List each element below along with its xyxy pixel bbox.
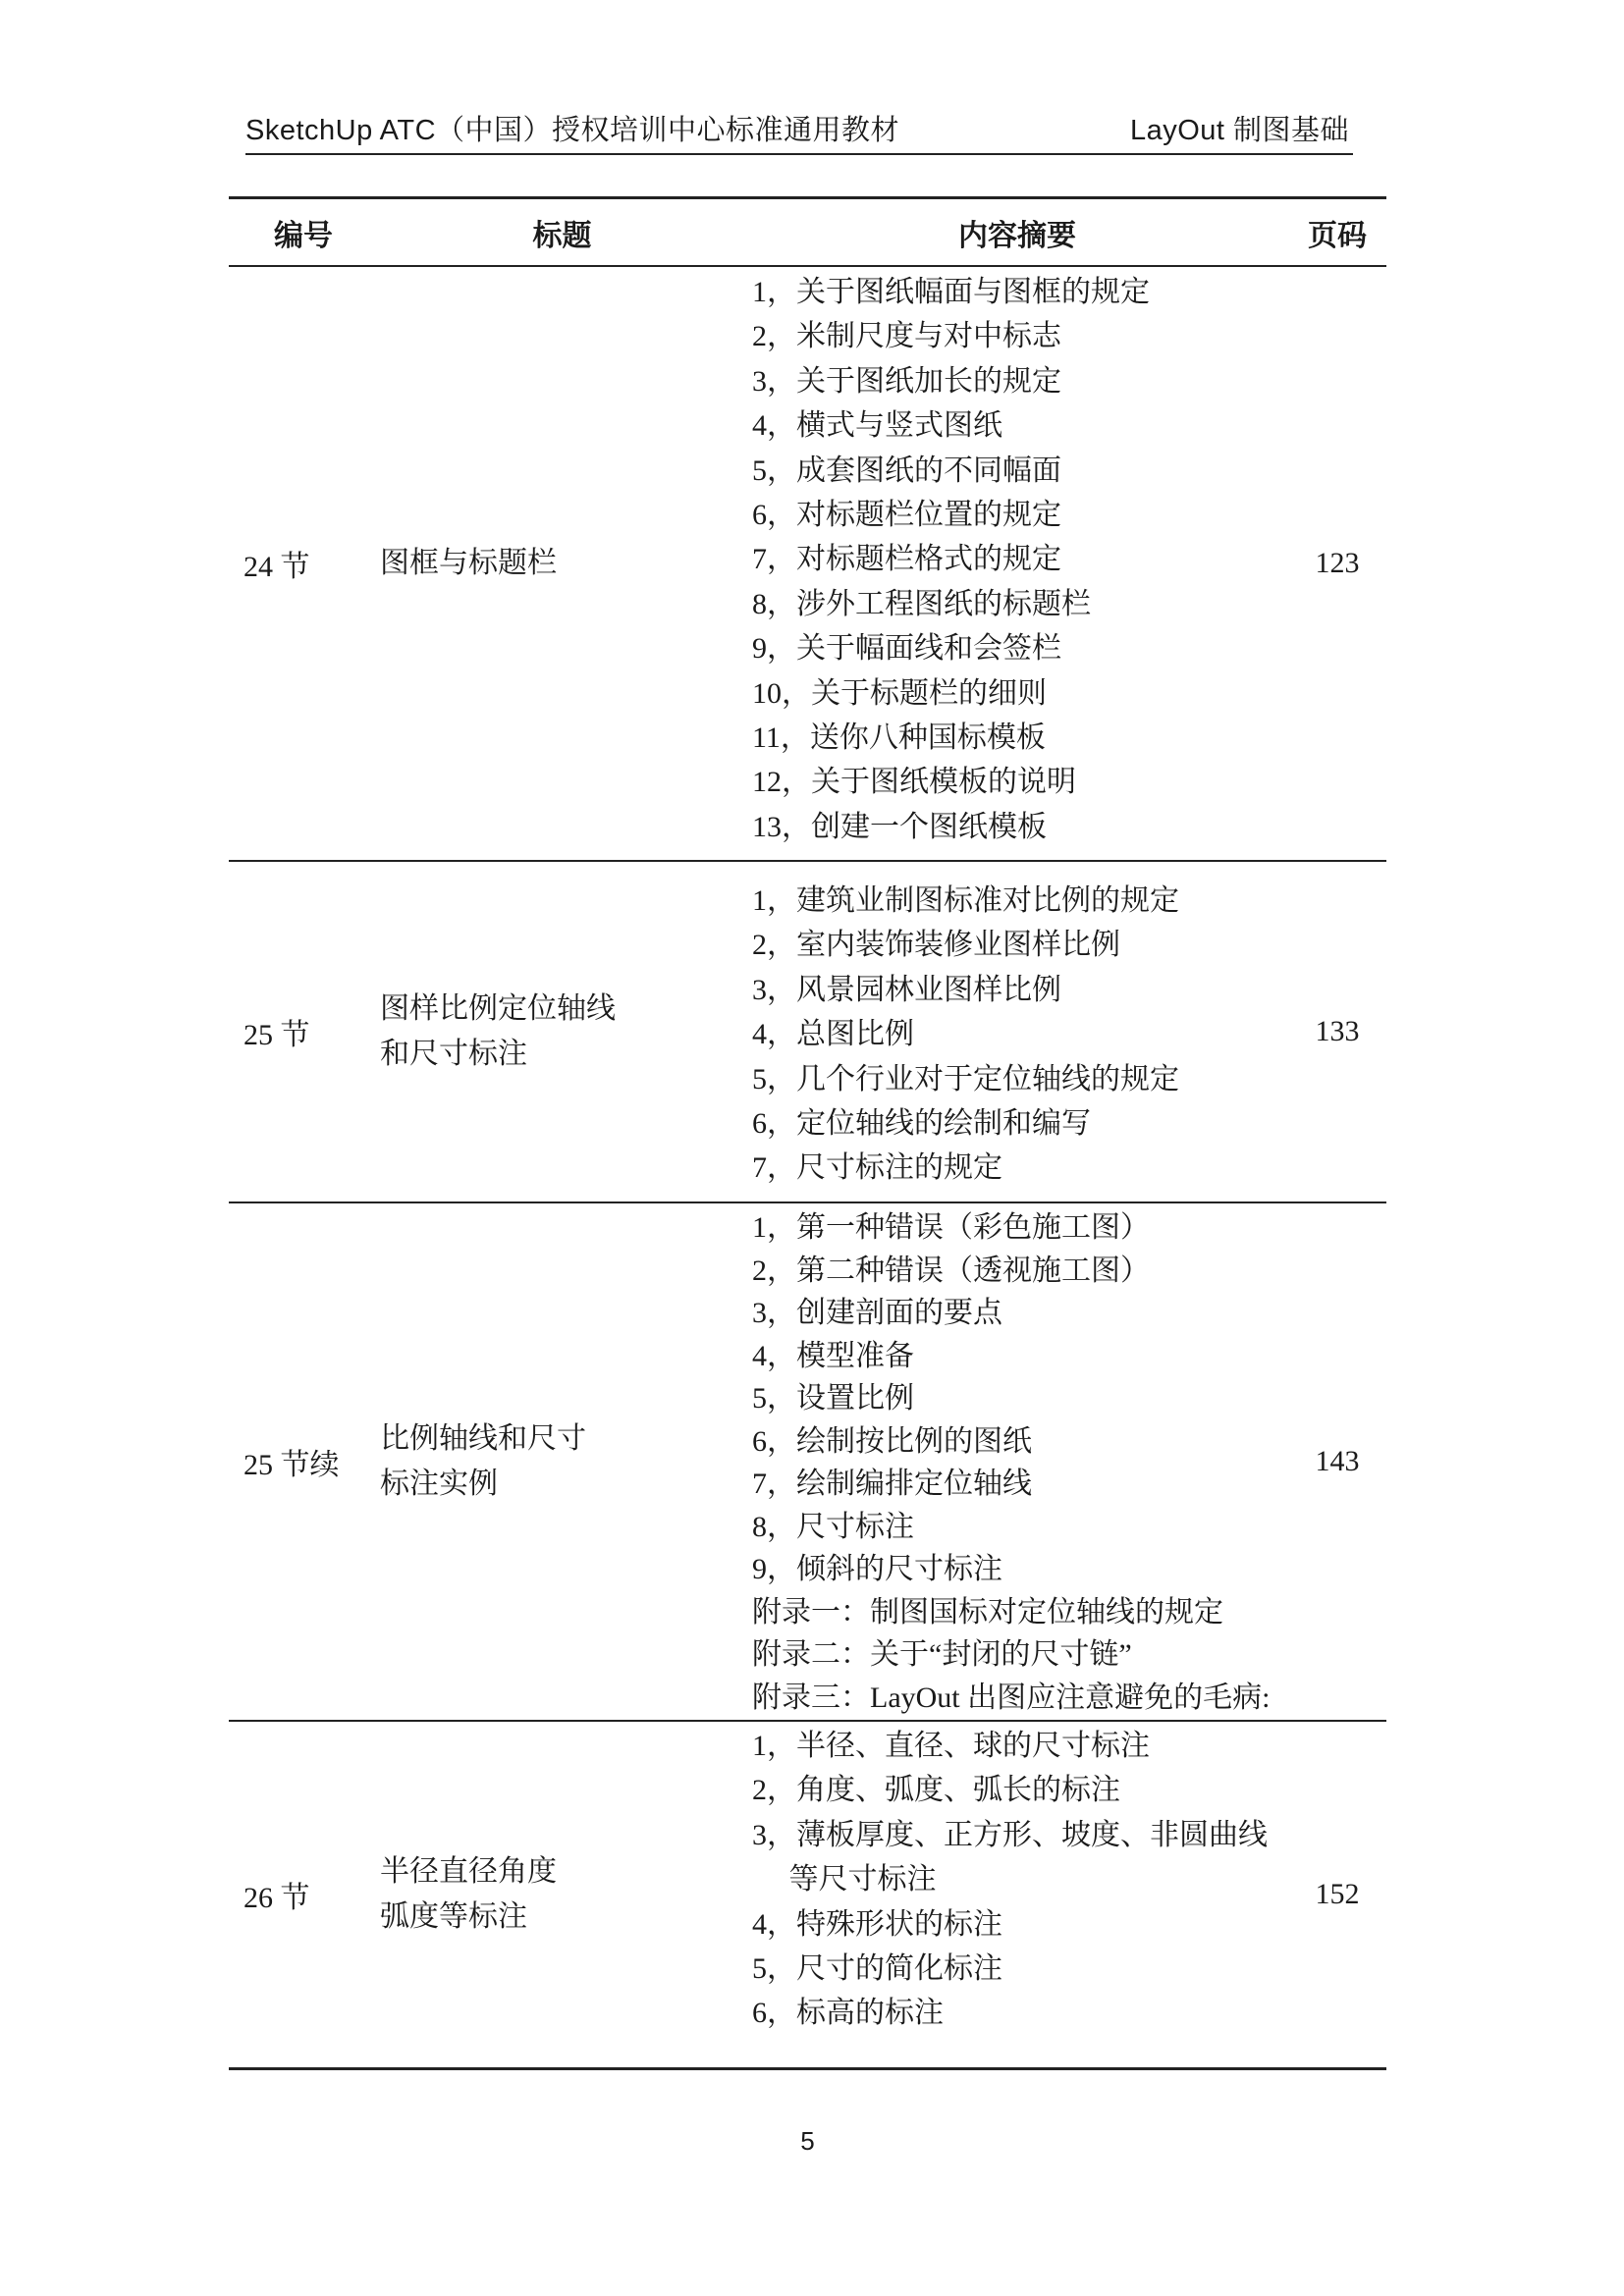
summary-item: 1，建筑业制图标准对比例的规定 (752, 879, 1288, 923)
summary-item: 2，角度、弧度、弧长的标注 (752, 1768, 1288, 1812)
summary-item: 附录三：LayOut 出图应注意避免的毛病: (752, 1677, 1288, 1720)
header-left-text: SketchUp ATC（中国）授权培训中心标准通用教材 (245, 108, 899, 148)
section-page-number: 133 (1316, 1015, 1360, 1048)
summary-item: 13，创建一个图纸模板 (752, 805, 1288, 849)
summary-item: 5，设置比例 (752, 1377, 1288, 1420)
section-number-cell: 24 节 (229, 267, 378, 860)
section-page-cell: 143 (1288, 1203, 1386, 1720)
summary-item: 2，米制尺度与对中标志 (752, 314, 1288, 358)
section-number: 25 节 (244, 1010, 310, 1053)
summary-item: 3，薄板厚度、正方形、坡度、非圆曲线 (752, 1813, 1288, 1857)
column-header-page: 页码 (1288, 211, 1386, 254)
summary-item: 9，倾斜的尺寸标注 (752, 1548, 1288, 1591)
summary-item: 6，对标题栏位置的规定 (752, 493, 1288, 537)
section-summary-cell: 1，建筑业制图标准对比例的规定2，室内装饰装修业图样比例3，风景园林业图样比例4… (746, 862, 1288, 1201)
section-summary-cell: 1，半径、直径、球的尺寸标注2，角度、弧度、弧长的标注3，薄板厚度、正方形、坡度… (746, 1722, 1288, 2067)
summary-item: 4，模型准备 (752, 1335, 1288, 1378)
summary-item: 3，风景园林业图样比例 (752, 968, 1288, 1012)
summary-item: 4，横式与竖式图纸 (752, 403, 1288, 448)
section-page-cell: 123 (1288, 267, 1386, 860)
section-number: 26 节 (244, 1873, 310, 1916)
section-page-number: 143 (1316, 1445, 1360, 1478)
toc-table: 编号 标题 内容摘要 页码 24 节 图框与标题栏 1，关于图纸幅面与图框的规定… (229, 196, 1386, 2070)
summary-item: 10，关于标题栏的细则 (752, 671, 1288, 716)
summary-item: 等尺寸标注 (752, 1857, 1288, 1901)
summary-item: 8，涉外工程图纸的标题栏 (752, 582, 1288, 626)
table-row: 26 节 半径直径角度弧度等标注 1，半径、直径、球的尺寸标注2，角度、弧度、弧… (229, 1722, 1386, 2070)
section-number-cell: 26 节 (229, 1722, 378, 2067)
page-number: 5 (229, 2126, 1386, 2157)
section-number: 24 节 (244, 542, 310, 585)
summary-item: 3，关于图纸加长的规定 (752, 359, 1288, 403)
summary-item: 7，尺寸标注的规定 (752, 1146, 1288, 1190)
summary-item: 1，关于图纸幅面与图框的规定 (752, 270, 1288, 314)
summary-item: 11，送你八种国标模板 (752, 716, 1288, 760)
section-title-cell: 图框与标题栏 (378, 267, 746, 860)
table-row: 25 节 图样比例定位轴线和尺寸标注 1，建筑业制图标准对比例的规定2，室内装饰… (229, 862, 1386, 1203)
summary-item: 5，成套图纸的不同幅面 (752, 449, 1288, 493)
summary-item: 6，定位轴线的绘制和编写 (752, 1101, 1288, 1146)
section-title-line: 图框与标题栏 (380, 541, 557, 586)
summary-item: 2，室内装饰装修业图样比例 (752, 923, 1288, 967)
section-page-cell: 133 (1288, 862, 1386, 1201)
summary-item: 6，绘制按比例的图纸 (752, 1420, 1288, 1464)
section-number-cell: 25 节续 (229, 1203, 378, 1720)
section-number: 25 节续 (244, 1440, 340, 1483)
summary-item: 3，创建剖面的要点 (752, 1292, 1288, 1335)
section-number-cell: 25 节 (229, 862, 378, 1201)
summary-item: 附录一：制图国标对定位轴线的规定 (752, 1591, 1288, 1634)
section-title-line: 和尺寸标注 (380, 1032, 527, 1077)
section-title-line: 图样比例定位轴线 (380, 987, 616, 1032)
section-title-line: 半径直径角度 (380, 1849, 557, 1895)
section-title-line: 标注实例 (380, 1462, 498, 1507)
column-header-title: 标题 (378, 211, 746, 254)
summary-item: 5，几个行业对于定位轴线的规定 (752, 1057, 1288, 1101)
section-title-line: 弧度等标注 (380, 1895, 527, 1940)
section-summary-cell: 1，第一种错误（彩色施工图）2，第二种错误（透视施工图）3，创建剖面的要点4，模… (746, 1203, 1288, 1720)
summary-item: 4，特殊形状的标注 (752, 1902, 1288, 1947)
header-right-text: LayOut 制图基础 (1130, 108, 1353, 148)
table-header-row: 编号 标题 内容摘要 页码 (229, 199, 1386, 267)
section-title-cell: 半径直径角度弧度等标注 (378, 1722, 746, 2067)
column-header-summary: 内容摘要 (746, 211, 1288, 254)
summary-item: 2，第二种错误（透视施工图） (752, 1250, 1288, 1293)
page-header: SketchUp ATC（中国）授权培训中心标准通用教材 LayOut 制图基础 (245, 110, 1353, 155)
summary-item: 7，绘制编排定位轴线 (752, 1463, 1288, 1506)
document-page: SketchUp ATC（中国）授权培训中心标准通用教材 LayOut 制图基础… (0, 0, 1624, 2296)
table-body: 24 节 图框与标题栏 1，关于图纸幅面与图框的规定2，米制尺度与对中标志3，关… (229, 267, 1386, 2070)
section-page-number: 123 (1316, 547, 1360, 580)
summary-item: 7，对标题栏格式的规定 (752, 537, 1288, 581)
section-title-cell: 比例轴线和尺寸标注实例 (378, 1203, 746, 1720)
summary-item: 8，尺寸标注 (752, 1506, 1288, 1549)
summary-item: 12，关于图纸模板的说明 (752, 760, 1288, 804)
table-row: 25 节续 比例轴线和尺寸标注实例 1，第一种错误（彩色施工图）2，第二种错误（… (229, 1203, 1386, 1722)
column-header-number: 编号 (229, 211, 378, 254)
section-page-number: 152 (1316, 1878, 1360, 1911)
summary-item: 1，半径、直径、球的尺寸标注 (752, 1724, 1288, 1768)
summary-item: 9，关于幅面线和会签栏 (752, 626, 1288, 670)
summary-item: 6，标高的标注 (752, 1991, 1288, 2035)
summary-item: 5，尺寸的简化标注 (752, 1947, 1288, 1991)
section-title-line: 比例轴线和尺寸 (380, 1416, 586, 1462)
section-title-cell: 图样比例定位轴线和尺寸标注 (378, 862, 746, 1201)
summary-item: 4，总图比例 (752, 1012, 1288, 1056)
section-summary-cell: 1，关于图纸幅面与图框的规定2，米制尺度与对中标志3，关于图纸加长的规定4，横式… (746, 267, 1288, 860)
section-page-cell: 152 (1288, 1722, 1386, 2067)
summary-item: 附录二：关于“封闭的尺寸链” (752, 1633, 1288, 1677)
table-row: 24 节 图框与标题栏 1，关于图纸幅面与图框的规定2，米制尺度与对中标志3，关… (229, 267, 1386, 862)
summary-item: 1，第一种错误（彩色施工图） (752, 1206, 1288, 1250)
